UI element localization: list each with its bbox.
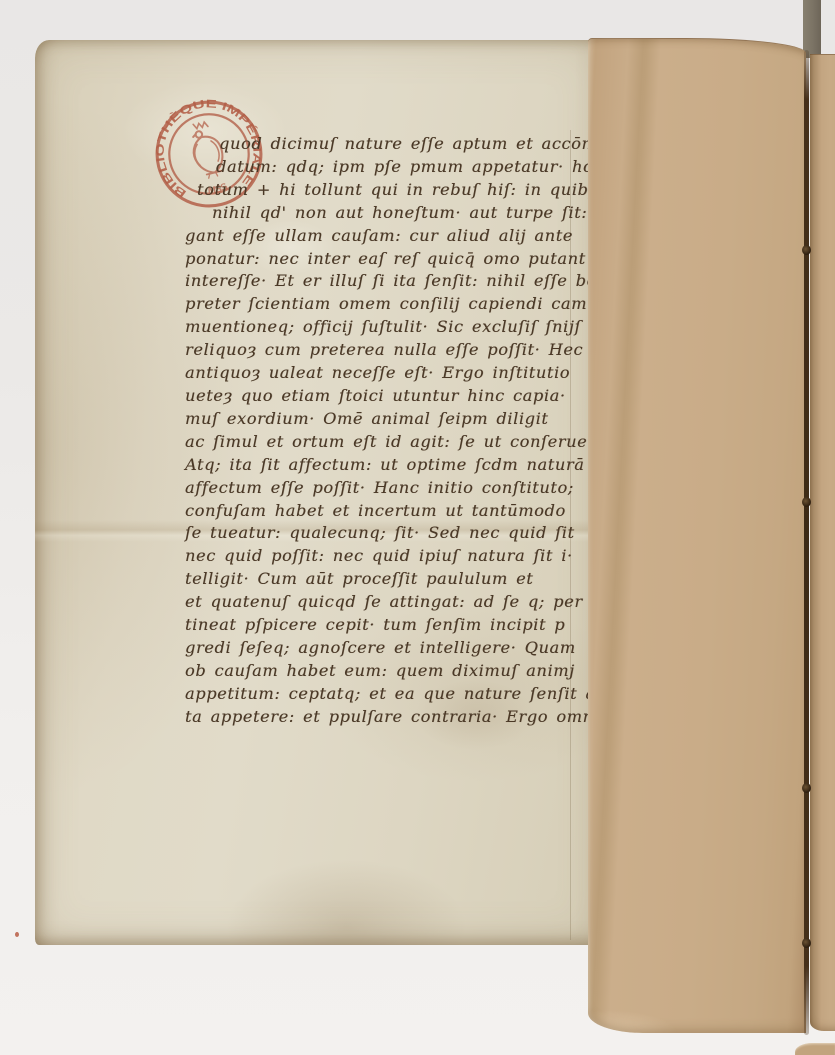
manuscript-line: telligit· Cum aūt proceſſit paululum et: [185, 568, 597, 591]
manuscript-line: muſ exordium· Omē animal ſeipm diligit: [185, 408, 597, 431]
guard-paper-right: [810, 54, 835, 1031]
manuscript-line: ſe tueatur: qualecunq; ſit· Sed nec quid…: [185, 522, 597, 545]
manuscript-line: nec quid poſſit: nec quid ipiuſ natura ſ…: [185, 545, 597, 568]
manuscript-line: antiquoȝ ualeat neceſſe eſt· Ergo inſtit…: [185, 362, 597, 385]
manuscript-line: ac ſimul et ortum eſt id agit: ſe ut con…: [185, 431, 597, 454]
manuscript-text-block: quod dicimuſ nature eſſe aptum et accōmo…: [185, 133, 597, 729]
guard-paper-left: [588, 38, 806, 1033]
sewing-knot: [802, 783, 811, 793]
manuscript-line: ta appetere: et ppulſare contraria· Ergo…: [185, 706, 597, 729]
manuscript-line: appetitum: ceptatq; et ea que nature ſen…: [185, 683, 597, 706]
sewing-knot: [802, 497, 811, 507]
manuscript-line: preter ſcientiam omem conſilij capiendi …: [185, 293, 597, 316]
manuscript-line: et quatenuſ quicqd ſe attingat: ad ſe q;…: [185, 591, 597, 614]
manuscript-line: ob cauſam habet eum: quem diximuſ animj: [185, 660, 597, 683]
manuscript-line: nihil qd' non aut honeſtum· aut turpe ſi…: [185, 202, 597, 225]
manuscript-line: Atq; ita ſit affectum: ut optime ſcdm na…: [185, 454, 597, 477]
sewing-knot: [802, 938, 811, 948]
manuscript-line: reliquoȝ cum preterea nulla eſſe poſſit·…: [185, 339, 597, 362]
manuscript-line: totum + hi tollunt qui in rebuſ hiſ: in …: [185, 179, 597, 202]
manuscript-line: ponatur: nec inter eaſ reſ quicq̄ omo pu…: [185, 248, 597, 271]
manuscript-line: tineat pſpicere cepit· tum ſenſim incipi…: [185, 614, 597, 637]
sewing-knot: [802, 245, 811, 255]
manuscript-line: gredi ſeſeq; agnoſcere et intelligere· Q…: [185, 637, 597, 660]
red-speck: [15, 932, 19, 937]
manuscript-line: datum: qdq; ipm pſe pmum appetatur· hoc: [185, 156, 597, 179]
manuscript-line: ueteȝ quo etiam ſtoici utuntur hinc capi…: [185, 385, 597, 408]
manuscript-line: affectum eſſe poſſit· Hanc initio conſti…: [185, 477, 597, 500]
manuscript-line: muentioneq; officij ſuſtulit· Sic excluſ…: [185, 316, 597, 339]
manuscript-leaf: BIBLIOTHÈQUE IMPÉRIALE MSS quod dicimuſ …: [35, 40, 601, 945]
manuscript-line: confuſam habet et incertum ut tantūmodo: [185, 500, 597, 523]
manuscript-line: quod dicimuſ nature eſſe aptum et accōmo…: [185, 133, 597, 156]
lower-page-corner: [795, 1043, 835, 1055]
manuscript-line: gant eſſe ullam cauſam: cur aliud alij a…: [185, 225, 597, 248]
manuscript-line: intereſſe· Et er illuſ ſi ita ſenſit: ni…: [185, 270, 597, 293]
photo-backdrop: BIBLIOTHÈQUE IMPÉRIALE MSS quod dicimuſ …: [0, 0, 835, 1055]
binding-gutter: [804, 50, 809, 1035]
